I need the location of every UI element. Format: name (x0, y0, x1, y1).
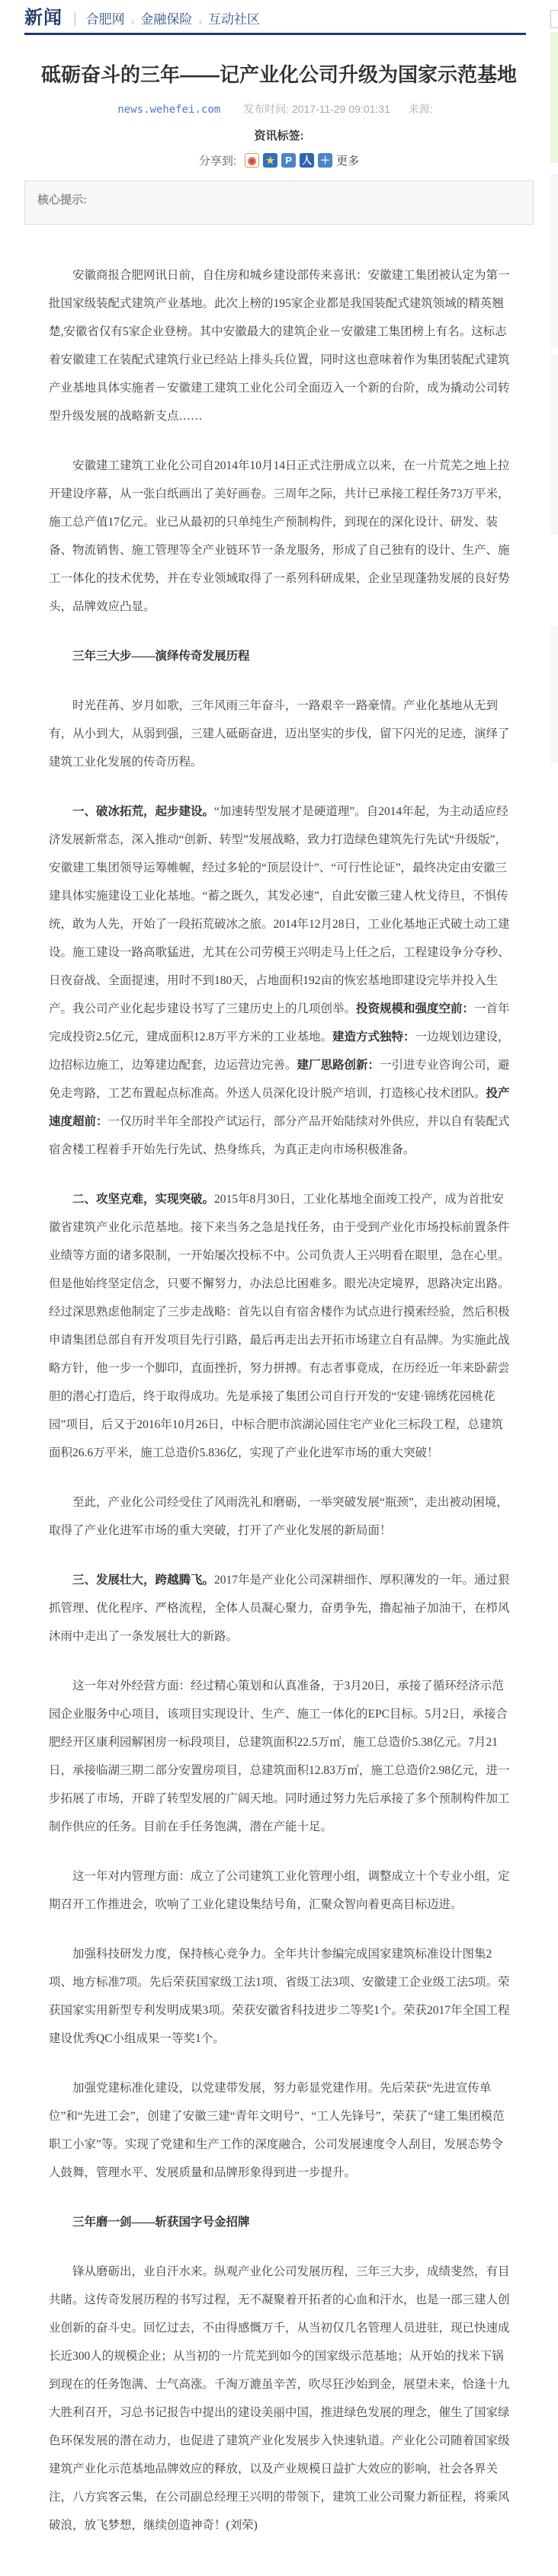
breadcrumb-link-community[interactable]: 互动社区 (208, 13, 260, 27)
share-bar: 分享到: ◉★P人＋ 更多 (0, 152, 558, 168)
qzone-icon[interactable]: ★ (263, 153, 277, 168)
share-more-link[interactable]: 更多 (336, 152, 359, 168)
tencent-pengyou-icon[interactable]: P (281, 153, 296, 168)
article-paragraph: 三、发展壮大，跨越腾飞。2017年是产业化公司深耕细作、厚积薄发的一年。通过狠抓… (49, 1566, 512, 1651)
top-nav: 新闻 | 合肥网 › 金融保险 › 互动社区 (0, 0, 558, 27)
article-paragraph: 加强党建标准化建设，以党建带发展，努力彰显党建作用。先后荣获“先进宣传单位”和“… (49, 2074, 512, 2187)
tags-label: 资讯标签: (0, 127, 558, 143)
sidebar-green-fragment (550, 32, 558, 163)
sidebar-gray-fragment (550, 174, 558, 347)
article-paragraph: 加强科技研发力度，保持核心竞争力。全年共计参编完成国家建筑标准设计图集2项、地方… (49, 1940, 512, 2053)
nav-divider: | (73, 11, 77, 27)
more-share-icon[interactable]: ＋ (318, 153, 332, 168)
article-paragraph: 安徽建工建筑工业化公司自2014年10月14日正式注册成立以来，在一片荒芜之地上… (49, 452, 512, 621)
article-body: 安徽商报合肥网讯日前，自住房和城乡建设部传来喜讯：安徽建工集团被认定为第一批国家… (24, 229, 534, 2576)
source-label: 来源: (409, 103, 433, 115)
share-icons: ◉★P人＋ (245, 153, 332, 168)
breadcrumb-separator-icon: › (131, 15, 135, 27)
right-sidebar-fragment (550, 0, 558, 2576)
nav-rule (24, 33, 526, 35)
sidebar-gray-fragment (550, 355, 558, 535)
article-paragraph: 锋从磨砺出，业自汗水来。纵观产业化公司发展历程，三年三大步，成绩斐然，有目共睹。… (49, 2258, 512, 2539)
article-meta: news.wehefei.com 发布时间: 2017-11-29 09:01:… (0, 101, 558, 117)
article-paragraph: 至此，产业化公司经受住了风雨洗礼和磨砺，一举突破发展“瓶颈”，走出被动困境，取得… (49, 1488, 512, 1545)
article-paragraph: 这一年对外经营方面：经过精心策划和认真准备，于3月20日，承接了循环经济示范园企… (49, 1672, 512, 1841)
breadcrumb-separator-icon: › (198, 15, 202, 27)
sina-weibo-icon[interactable]: ◉ (245, 153, 259, 168)
sidebar-gray-fragment (550, 626, 558, 763)
renren-icon[interactable]: 人 (300, 153, 314, 168)
source-site-link[interactable]: news.wehefei.com (117, 104, 220, 116)
core-tip-label: 核心提示: (37, 193, 87, 206)
section-heading: 三年三大步——演绎传奇发展历程 (49, 642, 512, 670)
article-paragraph: 安徽商报合肥网讯日前，自住房和城乡建设部传来喜讯：安徽建工集团被认定为第一批国家… (49, 261, 512, 430)
share-label: 分享到: (199, 152, 236, 168)
publish-time: 发布时间: 2017-11-29 09:01:31 (243, 103, 390, 115)
page-title: 砥砺奋斗的三年——记产业化公司升级为国家示范基地 (30, 62, 528, 88)
article-paragraph: 二、攻坚克难，实现突破。2015年8月30日，工业化基地全面竣工投产，成为首批安… (49, 1185, 512, 1467)
article-paragraph: 时光荏苒、岁月如歌，三年风雨三年奋斗，一路艰辛一路豪情。产业化基地从无到有，从小… (49, 692, 512, 776)
section-heading: 三年磨一剑——斩获国字号金招牌 (49, 2208, 512, 2236)
sidebar-box-fragment (550, 10, 558, 28)
breadcrumb-link-hefeiwang[interactable]: 合肥网 (86, 13, 125, 27)
article-paragraph: 这一年对内管理方面：成立了公司建筑工业化管理小组，调整成立十个专业小组，定期召开… (49, 1862, 512, 1919)
core-tip-box: 核心提示: (24, 181, 534, 225)
breadcrumb-link-finance[interactable]: 金融保险 (140, 13, 192, 27)
site-section-title: 新闻 (24, 9, 63, 27)
article-paragraph: 一、破冰拓荒，起步建设。“加速转型发展才是硬道理”。自2014年起，为主动适应经… (49, 797, 512, 1164)
